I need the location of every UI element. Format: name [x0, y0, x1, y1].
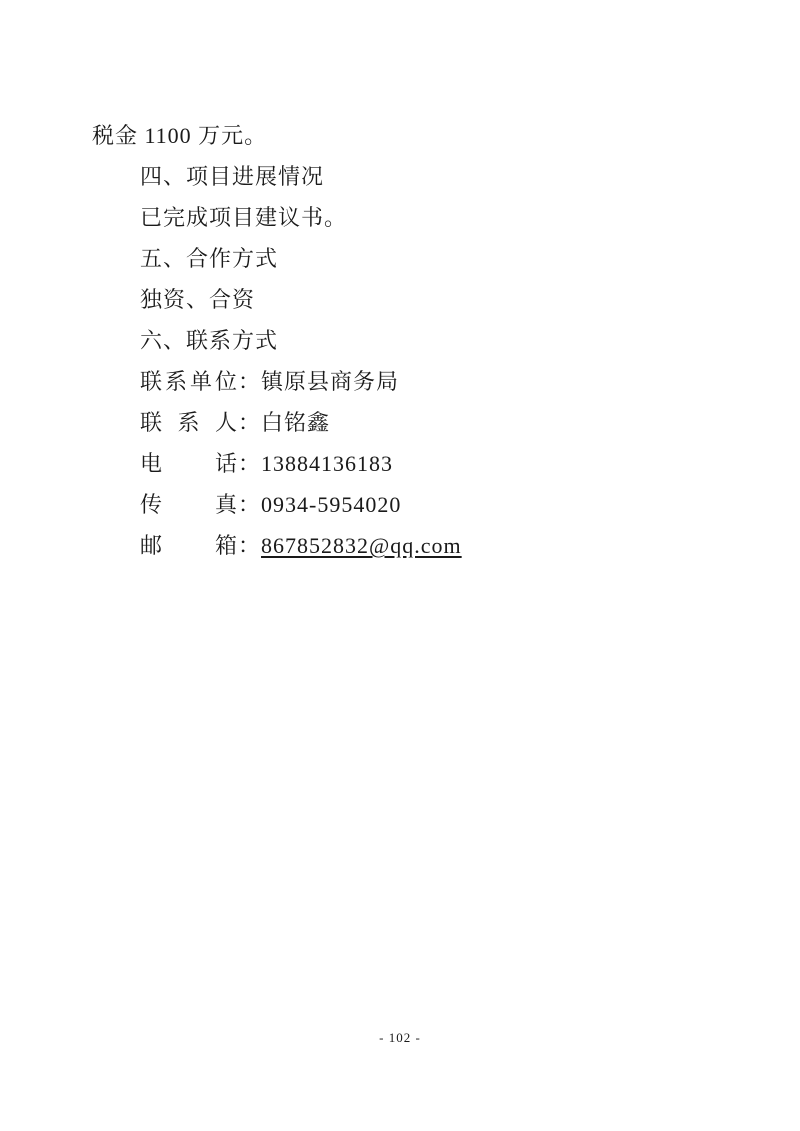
contact-row-email: 邮箱：867852832@qq.com — [92, 525, 740, 566]
contact-label: 电话 — [140, 443, 238, 484]
contact-row-unit: 联系单位：镇原县商务局 — [92, 361, 740, 402]
contact-unit-value: 镇原县商务局 — [261, 369, 399, 394]
contact-label: 传真 — [140, 484, 238, 525]
contact-label: 联系人 — [140, 402, 238, 443]
body-text-line: 独资、合资 — [92, 279, 740, 320]
section-heading-5: 五、合作方式 — [92, 238, 740, 279]
contact-label: 联系单位 — [140, 361, 238, 402]
contact-row-fax: 传真：0934-5954020 — [92, 484, 740, 525]
contact-colon: ： — [238, 402, 261, 443]
contact-colon: ： — [238, 484, 261, 525]
contact-colon: ： — [238, 361, 261, 402]
contact-row-phone: 电话：13884136183 — [92, 443, 740, 484]
contact-fax-value: 0934-5954020 — [261, 492, 401, 517]
document-page: 税金 1100 万元。 四、项目进展情况 已完成项目建议书。 五、合作方式 独资… — [0, 0, 800, 1131]
body-text-line: 税金 1100 万元。 — [92, 115, 740, 156]
body-text-line: 已完成项目建议书。 — [92, 197, 740, 238]
contact-row-person: 联系人：白铭鑫 — [92, 402, 740, 443]
contact-person-value: 白铭鑫 — [261, 410, 330, 435]
page-number: - 102 - — [0, 1030, 800, 1046]
section-heading-4: 四、项目进展情况 — [92, 156, 740, 197]
contact-colon: ： — [238, 525, 261, 566]
section-heading-6: 六、联系方式 — [92, 320, 740, 361]
document-body: 税金 1100 万元。 四、项目进展情况 已完成项目建议书。 五、合作方式 独资… — [92, 115, 740, 566]
contact-phone-value: 13884136183 — [261, 451, 393, 476]
contact-label: 邮箱 — [140, 525, 238, 566]
email-link[interactable]: 867852832@qq.com — [261, 533, 462, 558]
contact-colon: ： — [238, 443, 261, 484]
